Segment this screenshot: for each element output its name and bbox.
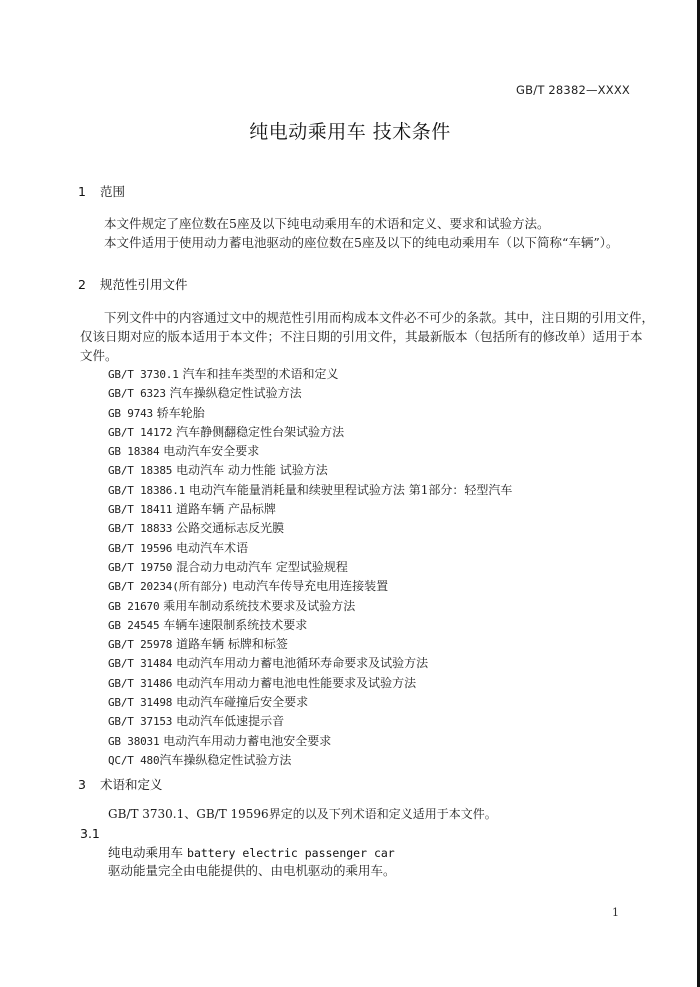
reference-code: GB/T 20234(所有部分) [108, 580, 228, 593]
reference-item: GB/T 18833 公路交通标志反光膜 [108, 519, 512, 538]
reference-code: GB/T 37153 [108, 715, 172, 728]
page-number: 1 [612, 906, 619, 919]
reference-code: GB/T 19596 [108, 542, 172, 555]
reference-title: 电动汽车用动力蓄电池循环寿命要求及试验方法 [176, 656, 428, 670]
reference-list: GB/T 3730.1 汽车和挂车类型的术语和定义 GB/T 6323 汽车操纵… [108, 365, 512, 770]
reference-item: GB/T 31486 电动汽车用动力蓄电池电性能要求及试验方法 [108, 674, 512, 693]
reference-item: GB/T 3730.1 汽车和挂车类型的术语和定义 [108, 365, 512, 384]
reference-title: 乘用车制动系统技术要求及试验方法 [163, 599, 355, 613]
reference-item: GB/T 14172 汽车静侧翻稳定性台架试验方法 [108, 423, 512, 442]
reference-item: GB 24545 车辆车速限制系统技术要求 [108, 616, 512, 635]
reference-code: GB/T 25978 [108, 638, 172, 651]
reference-item: QC/T 480汽车操纵稳定性试验方法 [108, 751, 512, 770]
reference-item: GB/T 25978 道路车辆 标牌和标签 [108, 635, 512, 654]
reference-code: GB 18384 [108, 445, 159, 458]
reference-title: 汽车操纵稳定性试验方法 [170, 386, 302, 400]
reference-title: 汽车和挂车类型的术语和定义 [182, 367, 338, 381]
section-title: 术语和定义 [100, 777, 163, 792]
reference-item: GB/T 19596 电动汽车术语 [108, 539, 512, 558]
reference-code: GB/T 14172 [108, 426, 172, 439]
section-heading-terms-definitions: 3术语和定义 [78, 775, 163, 793]
term-definition: 驱动能量完全由电能提供的、由电机驱动的乘用车。 [108, 861, 396, 879]
section-number: 2 [78, 277, 100, 292]
reference-title: 电动汽车 动力性能 试验方法 [176, 463, 328, 477]
references-intro-line-2: 仅该日期对应的版本适用于本文件；不注日期的引用文件，其最新版本（包括所有的修改单… [80, 327, 643, 346]
reference-item: GB 38031 电动汽车用动力蓄电池安全要求 [108, 732, 512, 751]
reference-code: QC/T 480 [108, 754, 159, 767]
reference-item: GB/T 19750 混合动力电动汽车 定型试验规程 [108, 558, 512, 577]
references-intro-line-3: 文件。 [80, 346, 118, 365]
reference-item: GB/T 18411 道路车辆 产品标牌 [108, 500, 512, 519]
reference-title: 电动汽车用动力蓄电池安全要求 [163, 734, 331, 748]
reference-code: GB 21670 [108, 600, 159, 613]
section-title: 范围 [100, 184, 125, 199]
reference-title: 电动汽车用动力蓄电池电性能要求及试验方法 [176, 676, 416, 690]
reference-title: 公路交通标志反光膜 [176, 521, 284, 535]
reference-code: GB 9743 [108, 407, 153, 420]
reference-code: GB 24545 [108, 619, 159, 632]
reference-title: 道路车辆 产品标牌 [176, 502, 276, 516]
reference-title: 电动汽车能量消耗量和续驶里程试验方法 第1部分：轻型汽车 [189, 483, 512, 497]
section-title: 规范性引用文件 [100, 277, 188, 292]
reference-code: GB/T 31484 [108, 657, 172, 670]
reference-title: 电动汽车安全要求 [163, 444, 259, 458]
terms-intro-paragraph: GB/T 3730.1、GB/T 19596界定的以及下列术语和定义适用于本文件… [108, 805, 497, 824]
reference-title: 轿车轮胎 [157, 406, 205, 420]
reference-item: GB 21670 乘用车制动系统技术要求及试验方法 [108, 597, 512, 616]
reference-item: GB 18384 电动汽车安全要求 [108, 442, 512, 461]
term-name-en: battery electric passenger car [187, 846, 395, 860]
reference-code: GB/T 18411 [108, 503, 172, 516]
reference-code: GB/T 3730.1 [108, 368, 179, 381]
reference-code: GB/T 6323 [108, 387, 166, 400]
term-name: 纯电动乘用车battery electric passenger car [108, 843, 395, 861]
term-name-cn: 纯电动乘用车 [108, 845, 183, 860]
section-number: 1 [78, 184, 100, 199]
reference-code: GB/T 31486 [108, 677, 172, 690]
reference-title: 道路车辆 标牌和标签 [176, 637, 288, 651]
reference-title: 电动汽车碰撞后安全要求 [176, 695, 308, 709]
reference-title: 电动汽车传导充电用连接装置 [232, 579, 388, 593]
reference-item: GB/T 31498 电动汽车碰撞后安全要求 [108, 693, 512, 712]
reference-title: 混合动力电动汽车 定型试验规程 [176, 560, 348, 574]
reference-title: 汽车静侧翻稳定性台架试验方法 [176, 425, 344, 439]
reference-item: GB/T 18385 电动汽车 动力性能 试验方法 [108, 461, 512, 480]
section-heading-scope: 1范围 [78, 182, 125, 200]
reference-code: GB/T 31498 [108, 696, 172, 709]
reference-code: GB/T 18385 [108, 464, 172, 477]
document-code: GB/T 28382—XXXX [516, 83, 630, 97]
reference-item: GB/T 31484 电动汽车用动力蓄电池循环寿命要求及试验方法 [108, 654, 512, 673]
term-number: 3.1 [80, 826, 100, 841]
reference-code: GB/T 19750 [108, 561, 172, 574]
scope-paragraph-1: 本文件规定了座位数在5座及以下纯电动乘用车的术语和定义、要求和试验方法。 [104, 214, 549, 233]
section-number: 3 [78, 777, 100, 792]
reference-item: GB/T 37153 电动汽车低速提示音 [108, 712, 512, 731]
reference-item: GB/T 18386.1 电动汽车能量消耗量和续驶里程试验方法 第1部分：轻型汽… [108, 481, 512, 500]
section-heading-normative-references: 2规范性引用文件 [78, 275, 188, 293]
document-title: 纯电动乘用车 技术条件 [0, 117, 700, 144]
references-intro-line-1: 下列文件中的内容通过文中的规范性引用而构成本文件必不可少的条款。其中，注日期的引… [104, 308, 654, 327]
reference-title: 电动汽车术语 [176, 541, 248, 555]
reference-title: 车辆车速限制系统技术要求 [163, 618, 307, 632]
scope-paragraph-2: 本文件适用于使用动力蓄电池驱动的座位数在5座及以下的纯电动乘用车（以下简称“车辆… [104, 233, 619, 252]
reference-title: 电动汽车低速提示音 [176, 714, 284, 728]
reference-item: GB/T 6323 汽车操纵稳定性试验方法 [108, 384, 512, 403]
reference-code: GB/T 18386.1 [108, 484, 185, 497]
reference-code: GB 38031 [108, 735, 159, 748]
reference-item: GB 9743 轿车轮胎 [108, 404, 512, 423]
reference-item: GB/T 20234(所有部分) 电动汽车传导充电用连接装置 [108, 577, 512, 596]
reference-title: 汽车操纵稳定性试验方法 [159, 753, 291, 767]
reference-code: GB/T 18833 [108, 522, 172, 535]
